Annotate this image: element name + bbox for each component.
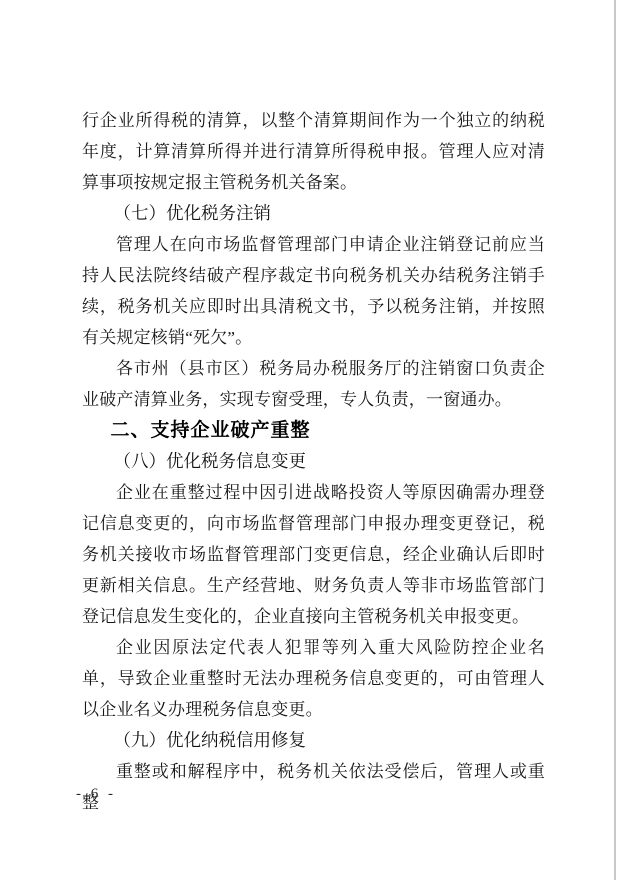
section-heading-2: 二、支持企业破产重整: [82, 415, 545, 446]
document-page: 行企业所得税的清算，以整个清算期间作为一个独立的纳税年度，计算清算所得并进行清算…: [0, 0, 625, 880]
paragraph-continues-next-page: 重整或和解程序中，税务机关依法受偿后，管理人或重整: [82, 756, 545, 818]
section-subheading-9: （九）优化纳税信用修复: [82, 725, 545, 756]
paragraph: 管理人在向市场监督管理部门申请企业注销登记前应当持人民法院终结破产程序裁定书向税…: [82, 229, 545, 353]
section-subheading-8: （八）优化税务信息变更: [82, 446, 545, 477]
paragraph: 各市州（县市区）税务局办税服务厅的注销窗口负责企业破产清算业务，实现专窗受理，专…: [82, 353, 545, 415]
page-number: - 6 -: [76, 786, 116, 803]
scanned-page-right-edge: [614, 0, 616, 880]
document-body: 行企业所得税的清算，以整个清算期间作为一个独立的纳税年度，计算清算所得并进行清算…: [82, 105, 545, 818]
paragraph: 企业因原法定代表人犯罪等列入重大风险防控企业名单，导致企业重整时无法办理税务信息…: [82, 632, 545, 725]
paragraph-continued-from-previous-page: 行企业所得税的清算，以整个清算期间作为一个独立的纳税年度，计算清算所得并进行清算…: [82, 105, 545, 198]
paragraph: 企业在重整过程中因引进战略投资人等原因确需办理登记信息变更的，向市场监督管理部门…: [82, 477, 545, 632]
section-subheading-7: （七）优化税务注销: [82, 198, 545, 229]
